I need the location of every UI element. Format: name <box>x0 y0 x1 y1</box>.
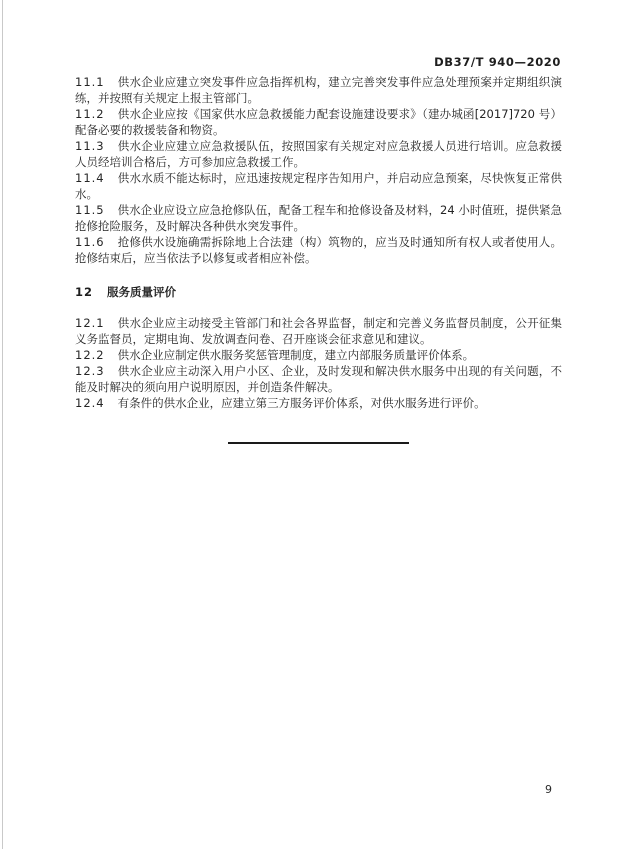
clause-12-1: 12.1供水企业应主动接受主管部门和社会各界监督，制定和完善义务监督员制度，公开… <box>75 315 562 347</box>
clause-12-4: 12.4有条件的供水企业，应建立第三方服务评价体系，对供水服务进行评价。 <box>75 395 562 411</box>
clause-number: 11.2 <box>75 106 105 122</box>
clause-11-5: 11.5供水企业应设立应急抢修队伍，配备工程车和抢修设备及材料，24 小时值班，… <box>75 202 562 234</box>
clause-text: 供水企业应设立应急抢修队伍，配备工程车和抢修设备及材料，24 小时值班，提供紧急… <box>75 203 562 233</box>
section-12-heading: 12服务质量评价 <box>75 284 562 300</box>
clause-text: 供水企业应主动深入用户小区、企业，及时发现和解决供水服务中出现的有关问题，不能及… <box>75 364 562 394</box>
clause-number: 11.5 <box>75 202 105 218</box>
clause-11-2: 11.2供水企业应按《国家供水应急救援能力配套设施建设要求》（建办城函[2017… <box>75 106 562 138</box>
page-number: 9 <box>545 783 552 796</box>
clause-number: 12.3 <box>75 363 105 379</box>
clause-12-2: 12.2供水企业应制定供水服务奖惩管理制度，建立内部服务质量评价体系。 <box>75 347 562 363</box>
clause-text: 有条件的供水企业，应建立第三方服务评价体系，对供水服务进行评价。 <box>118 396 486 410</box>
document-body: 11.1供水企业应建立突发事件应急指挥机构，建立完善突发事件应急处理预案并定期组… <box>75 74 562 444</box>
document-page: DB37/T 940—2020 11.1供水企业应建立突发事件应急指挥机构，建立… <box>0 0 618 849</box>
clause-11-6: 11.6抢修供水设施确需拆除地上合法建（构）筑物的，应当及时通知所有权人或者使用… <box>75 234 562 266</box>
clause-number: 12.4 <box>75 395 105 411</box>
clause-text: 供水企业应主动接受主管部门和社会各界监督，制定和完善义务监督员制度，公开征集义务… <box>75 316 562 346</box>
clause-text: 供水企业应建立突发事件应急指挥机构，建立完善突发事件应急处理预案并定期组织演练，… <box>75 75 562 105</box>
clause-text: 供水水质不能达标时，应迅速按规定程序告知用户，并启动应急预案，尽快恢复正常供水。 <box>75 171 562 201</box>
clause-12-3: 12.3供水企业应主动深入用户小区、企业，及时发现和解决供水服务中出现的有关问题… <box>75 363 562 395</box>
section-title: 服务质量评价 <box>107 285 176 299</box>
clause-text: 供水企业应制定供水服务奖惩管理制度，建立内部服务质量评价体系。 <box>118 348 475 362</box>
clause-text: 供水企业应按《国家供水应急救援能力配套设施建设要求》（建办城函[2017]720… <box>75 107 562 137</box>
clause-text: 抢修供水设施确需拆除地上合法建（构）筑物的，应当及时通知所有权人或者使用人。抢修… <box>75 235 562 265</box>
clause-11-3: 11.3供水企业应建立应急救援队伍，按照国家有关规定对应急救援人员进行培训。应急… <box>75 138 562 170</box>
end-of-text-rule <box>228 442 409 444</box>
standard-number-header: DB37/T 940—2020 <box>434 55 561 69</box>
clause-number: 11.6 <box>75 234 105 250</box>
clause-text: 供水企业应建立应急救援队伍，按照国家有关规定对应急救援人员进行培训。应急救援人员… <box>75 139 562 169</box>
clause-11-4: 11.4供水水质不能达标时，应迅速按规定程序告知用户，并启动应急预案，尽快恢复正… <box>75 170 562 202</box>
clause-number: 11.3 <box>75 138 105 154</box>
page-edge-scan-line <box>2 0 3 849</box>
clause-number: 12.1 <box>75 315 105 331</box>
clause-number: 11.4 <box>75 170 105 186</box>
section-number: 12 <box>75 284 93 300</box>
clause-number: 12.2 <box>75 347 105 363</box>
clause-number: 11.1 <box>75 74 105 90</box>
clause-11-1: 11.1供水企业应建立突发事件应急指挥机构，建立完善突发事件应急处理预案并定期组… <box>75 74 562 106</box>
